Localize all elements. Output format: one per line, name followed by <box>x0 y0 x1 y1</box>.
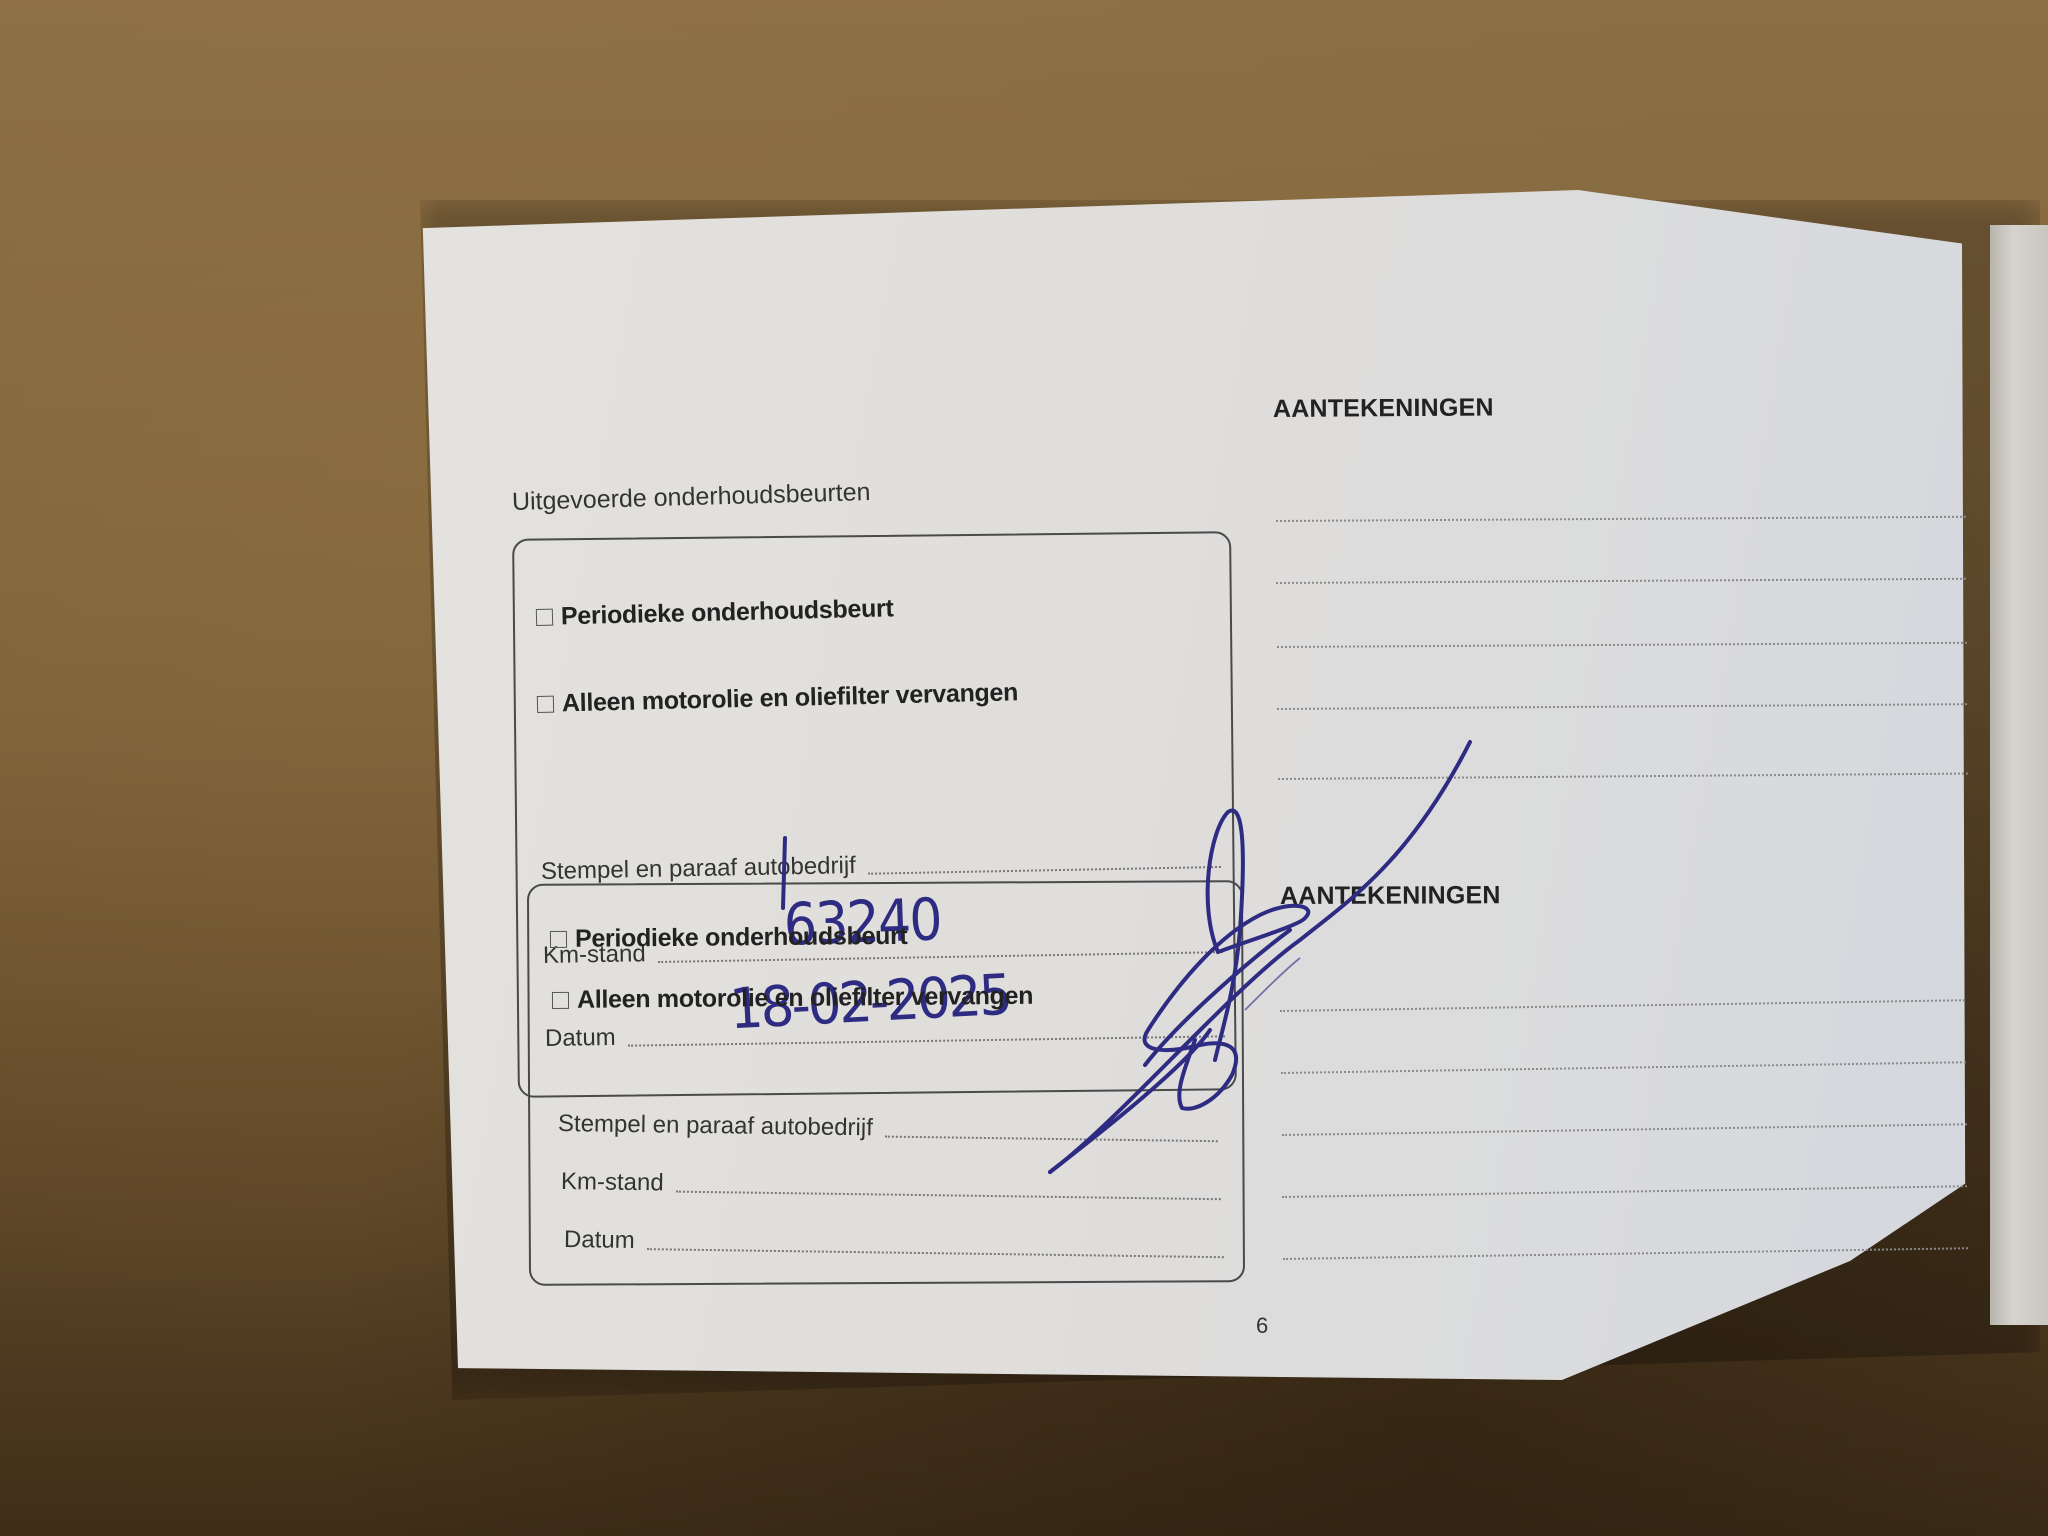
show-through-text <box>1090 220 1102 270</box>
option-oil-change-only-2[interactable]: Alleen motorolie en oliefilter vervangen <box>552 982 1033 1015</box>
checkbox[interactable] <box>537 696 554 713</box>
checkbox[interactable] <box>552 992 569 1009</box>
facing-page-edge <box>1990 225 2048 1325</box>
notes-title-1: AANTEKENINGEN <box>1273 393 1494 424</box>
stamp-line <box>885 1136 1218 1143</box>
stamp-line <box>868 866 1221 875</box>
page-number: 6 <box>1256 1313 1268 1339</box>
notes-title-2: AANTEKENINGEN <box>1280 881 1501 911</box>
checkbox[interactable] <box>550 931 567 948</box>
checkbox[interactable] <box>536 609 553 626</box>
option-periodic-service-2[interactable]: Periodieke onderhoudsbeurt <box>550 922 908 954</box>
